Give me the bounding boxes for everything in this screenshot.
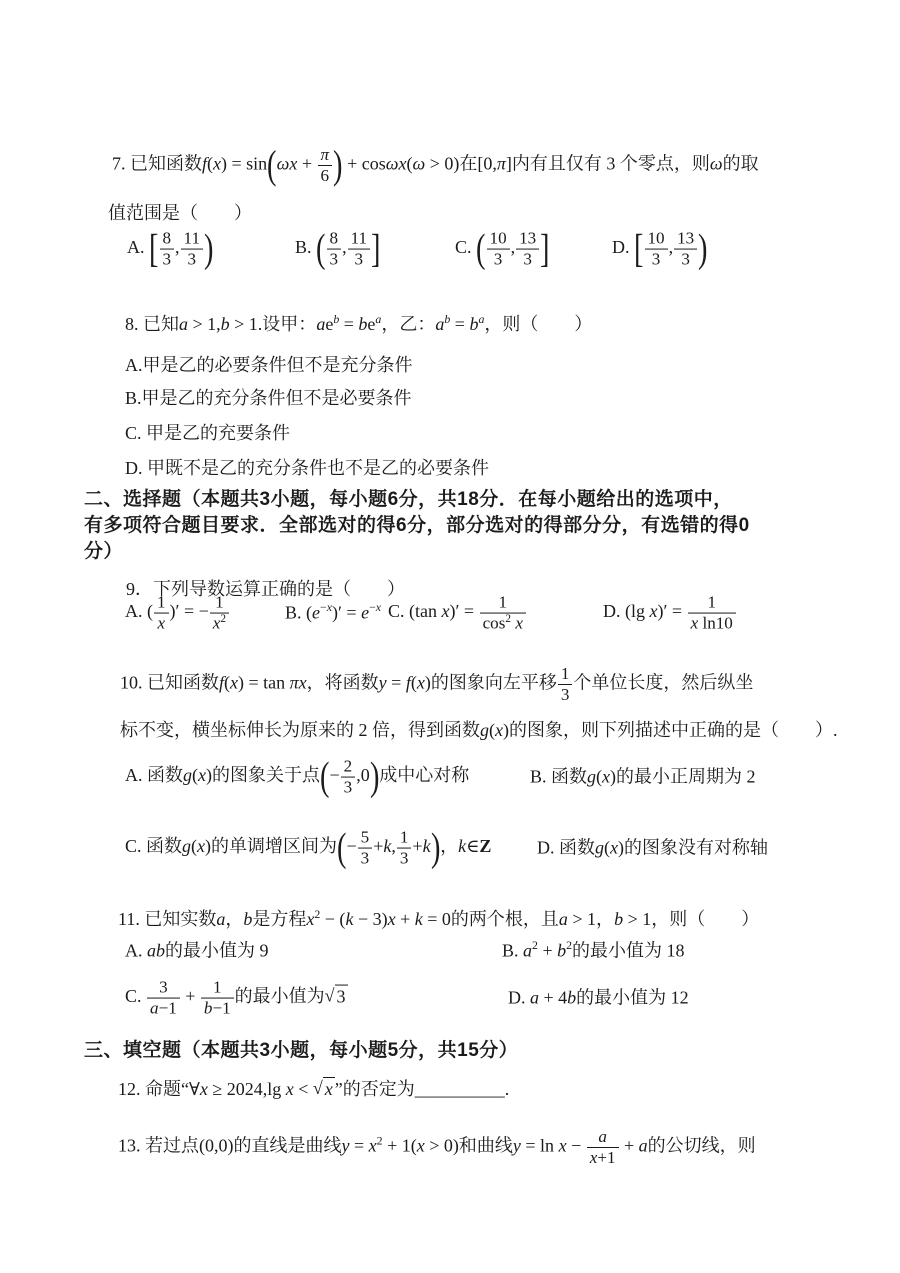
question-8-option-b: B.甲是乙的充分条件但不是必要条件	[125, 387, 412, 410]
question-10-option-a: A. 函数g(x)的图象关于点(−23,0)成中心对称	[125, 758, 469, 797]
question-8-stem: 8. 已知a > 1,b > 1.设甲：aeb = bea，乙：ab = ba，…	[125, 313, 592, 336]
exam-page: 7. 已知函数f(x) = sin(ωx + π6) + cosωx(ω > 0…	[0, 0, 900, 1273]
question-11-option-b: B. a2 + b2的最小值为 18	[502, 939, 685, 962]
question-10-option-c: C. 函数g(x)的单调增区间为(−53+k,13+k)，k∈Z	[125, 829, 491, 868]
question-8-option-d: D. 甲既不是乙的充分条件也不是乙的必要条件	[125, 457, 489, 480]
question-11-option-c: C. 3a−1 + 1b−1的最小值为√3	[125, 979, 348, 1018]
question-8-option-a: A.甲是乙的必要条件但不是充分条件	[125, 354, 413, 377]
question-9-option-a: A. (1x)′ = −1x2	[125, 594, 230, 633]
question-12-stem: 12. 命题“∀x ≥ 2024,lg x < √x”的否定为_________…	[118, 1077, 509, 1101]
question-9-option-d: D. (lg x)′ = 1x ln10	[603, 594, 737, 633]
question-11-option-d: D. a + 4b的最小值为 12	[508, 986, 689, 1009]
question-7-stem-line-2: 值范围是（ ）	[108, 202, 252, 225]
question-7-option-d: D. [103,133)	[612, 230, 708, 269]
question-7-stem-line-1: 7. 已知函数f(x) = sin(ωx + π6) + cosωx(ω > 0…	[112, 146, 759, 185]
question-13-stem: 13. 若过点(0,0)的直线是曲线y = x2 + 1(x > 0)和曲线y …	[118, 1128, 756, 1167]
section-2-header-line-3: 分）	[84, 540, 123, 565]
question-9-option-c: C. (tan x)′ = 1cos2 x	[388, 594, 527, 633]
question-7-option-c: C. (103,133]	[455, 230, 550, 269]
question-7-option-a: A. [83,113)	[127, 230, 214, 269]
section-2-header-line-1: 二、选择题（本题共3小题，每小题6分，共18分．在每小题给出的选项中，	[84, 488, 733, 513]
section-2-header-line-2: 有多项符合题目要求．全部选对的得6分，部分选对的得部分分，有选错的得0	[84, 514, 750, 539]
question-7-option-b: B. (83,113]	[295, 230, 381, 269]
question-10-option-b: B. 函数g(x)的最小正周期为 2	[530, 765, 756, 788]
question-11-option-a: A. ab的最小值为 9	[125, 939, 269, 962]
question-11-stem: 11. 已知实数a，b是方程x2 − (k − 3)x + k = 0的两个根，…	[118, 908, 759, 931]
question-10-option-d: D. 函数g(x)的图象没有对称轴	[537, 836, 768, 859]
question-10-stem-line-1: 10. 已知函数f(x) = tan πx，将函数y = f(x)的图象向左平移…	[120, 665, 753, 704]
section-3-header: 三、填空题（本题共3小题，每小题5分，共15分）	[84, 1039, 518, 1064]
question-9-option-b: B. (e−x)′ = e−x	[285, 601, 381, 624]
question-8-option-c: C. 甲是乙的充要条件	[125, 422, 290, 445]
question-10-stem-line-2: 标不变，横坐标伸长为原来的 2 倍，得到函数g(x)的图象，则下列描述中正确的是…	[120, 719, 838, 742]
